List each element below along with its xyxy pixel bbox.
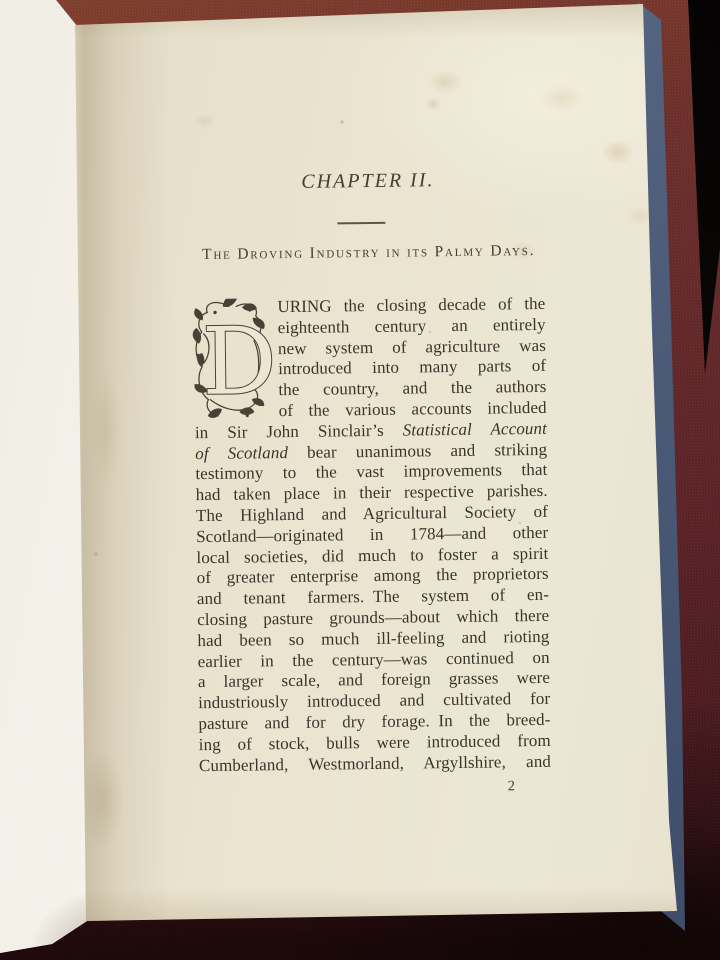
body-line: Cumberland, Westmorland, Argyllshire, an… [199,751,551,776]
dropcap-letter: D [201,307,274,416]
body-text: D URING the closing decade of theeightee… [193,294,551,777]
chapter-heading: CHAPTER II. [192,168,544,195]
page-number: 2 [499,778,523,795]
heading-divider-rule [337,222,385,225]
ornate-dropcap-initial: D [191,298,274,419]
page-content: CHAPTER II. The Droving Industry in its … [190,0,554,960]
book-photo-scene: CHAPTER II. The Droving Industry in its … [0,0,720,960]
section-title: The Droving Industry in its Palmy Days. [193,242,545,264]
book-page: CHAPTER II. The Droving Industry in its … [0,0,720,960]
